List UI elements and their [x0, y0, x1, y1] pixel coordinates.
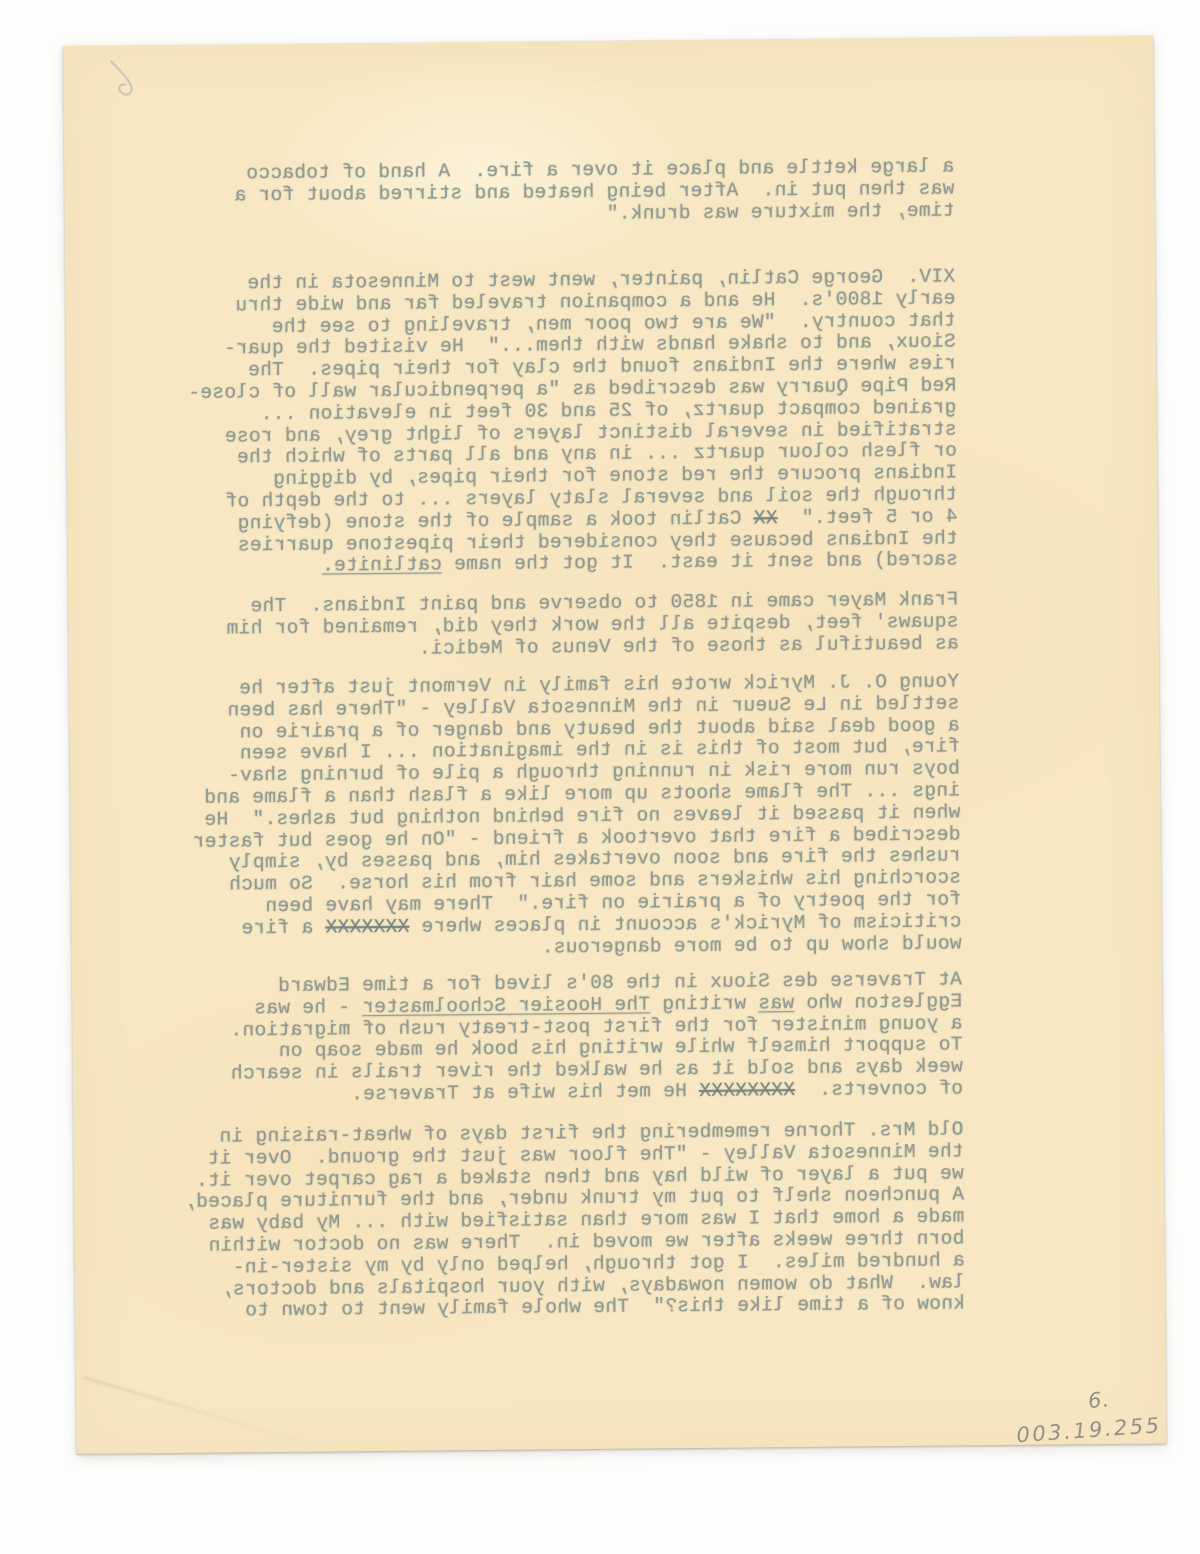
typewritten-paragraph: Young O. J. Myrick wrote his family in V… [179, 671, 962, 962]
underlined-text: was [758, 992, 794, 1014]
struck-out-text: XXXXXXX [325, 915, 409, 938]
scanned-document-page: { "annotations": { "page_number": "6.", … [0, 0, 1200, 1554]
pencil-squiggle-mark [105, 57, 147, 105]
typewritten-paragraph: Old Mrs. Thorne remembering the first da… [183, 1119, 965, 1323]
text-segment: writing [650, 992, 758, 1015]
text-segment: 4 or 5 feet." [777, 505, 957, 529]
struck-out-text: XX [753, 507, 777, 529]
text-segment: as beautiful as those of the Venus of Me… [419, 632, 959, 659]
text-segment: of converts. [795, 1077, 963, 1101]
text-segment: time, the mixture was drunk." [606, 199, 954, 224]
typewritten-line: know of a time like this?" The whole fam… [185, 1294, 965, 1323]
text-segment: He met his wife at Traverse. [351, 1080, 699, 1105]
typed-text-layer: a large kettle and place it over a fire.… [173, 37, 966, 1452]
typewritten-paragraph: a large kettle and place it over a fire.… [174, 156, 955, 229]
handwritten-page-number: 6. [1087, 1387, 1111, 1413]
text-segment: sacred) and sent it east. It got the nam… [442, 549, 958, 576]
text-segment: would show up to be more dangerous. [541, 932, 961, 958]
text-segment: - he was [254, 996, 362, 1019]
typewritten-paragraph: XIV. George Catlin, painter, went west t… [175, 266, 958, 579]
struck-out-text: XXXXXXXX [699, 1079, 795, 1102]
typewritten-paragraph: At Traverse des Sioux in the 80's lived … [182, 969, 963, 1107]
text-segment: Eggleston who [794, 990, 962, 1014]
underlined-text: The Hoosier Schoolmaster [362, 993, 650, 1018]
typewritten-paragraph: Frank Mayer came in 1850 to observe and … [178, 589, 959, 662]
underlined-text: catlinite. [322, 554, 442, 577]
paper-sheet: a large kettle and place it over a fire.… [63, 36, 1166, 1454]
text-segment: a fire [241, 916, 325, 939]
handwritten-catalog-number: 003.19.255 [1016, 1413, 1163, 1447]
